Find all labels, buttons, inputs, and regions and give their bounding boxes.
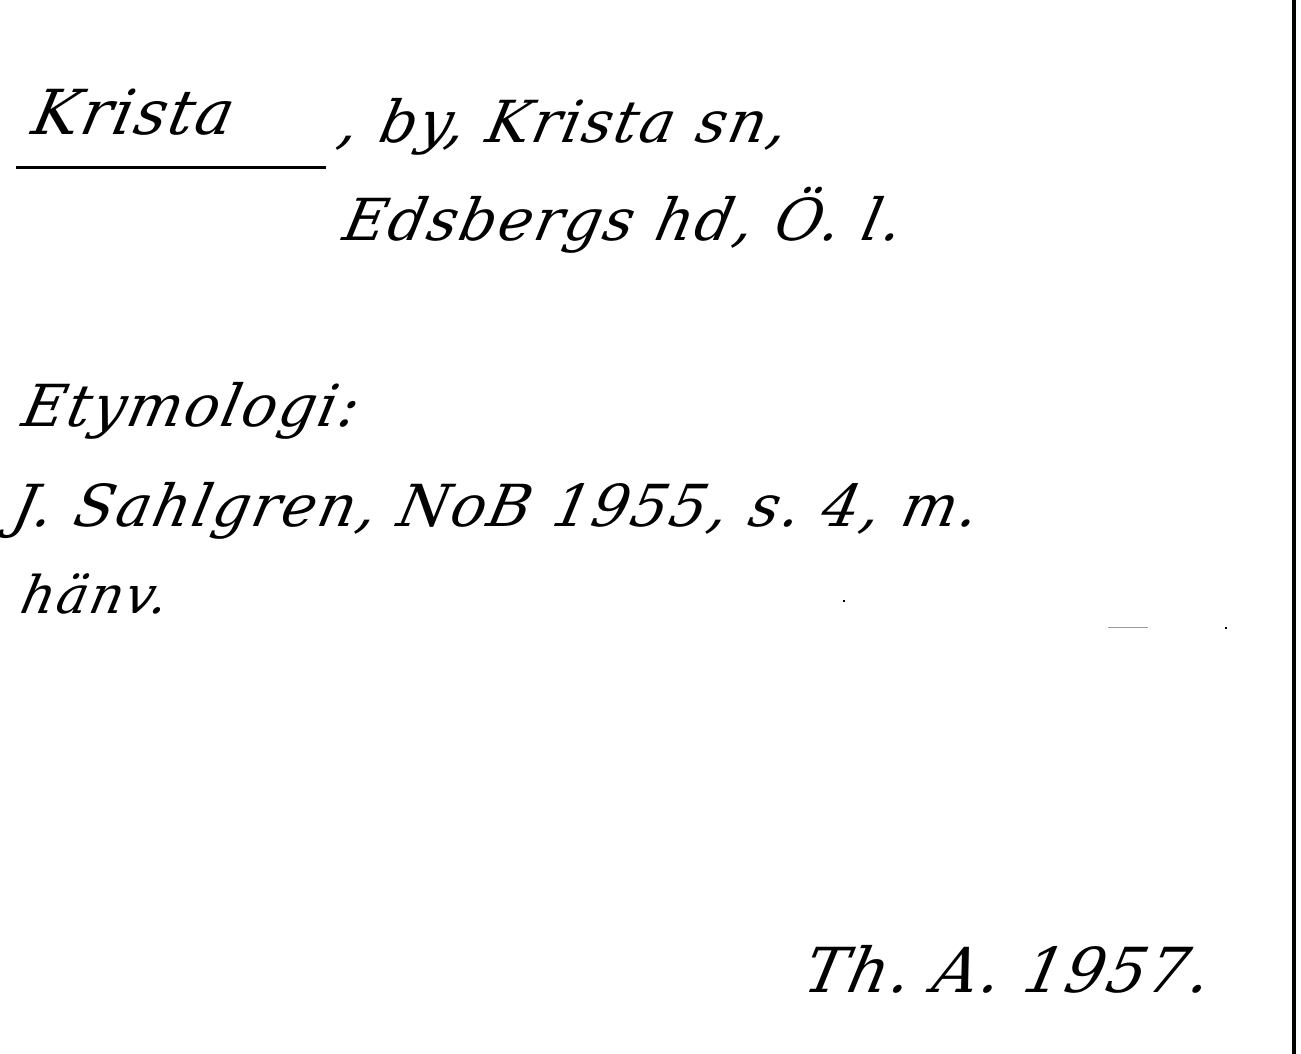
scan-artifact [843,600,845,602]
card-edge-line [1292,0,1296,1054]
scan-artifact [1108,627,1148,628]
scan-artifact [1225,627,1227,629]
signature-date: Th. A. 1957. [798,934,1220,1007]
etymology-label: Etymologi: [17,372,368,440]
index-card: Krista , by, Krista sn, Edsbergs hd, Ö. … [0,0,1301,1054]
etymology-reference: J. Sahlgren, NoB 1955, s. 4, m. [7,472,988,540]
etymology-reference-continuation: hänv. [16,566,176,626]
headword-underline [16,166,326,169]
place-description-line-1: , by, Krista sn, [333,88,797,156]
headword: Krista [27,82,242,144]
place-description-line-2: Edsbergs hd, Ö. l. [338,186,912,254]
